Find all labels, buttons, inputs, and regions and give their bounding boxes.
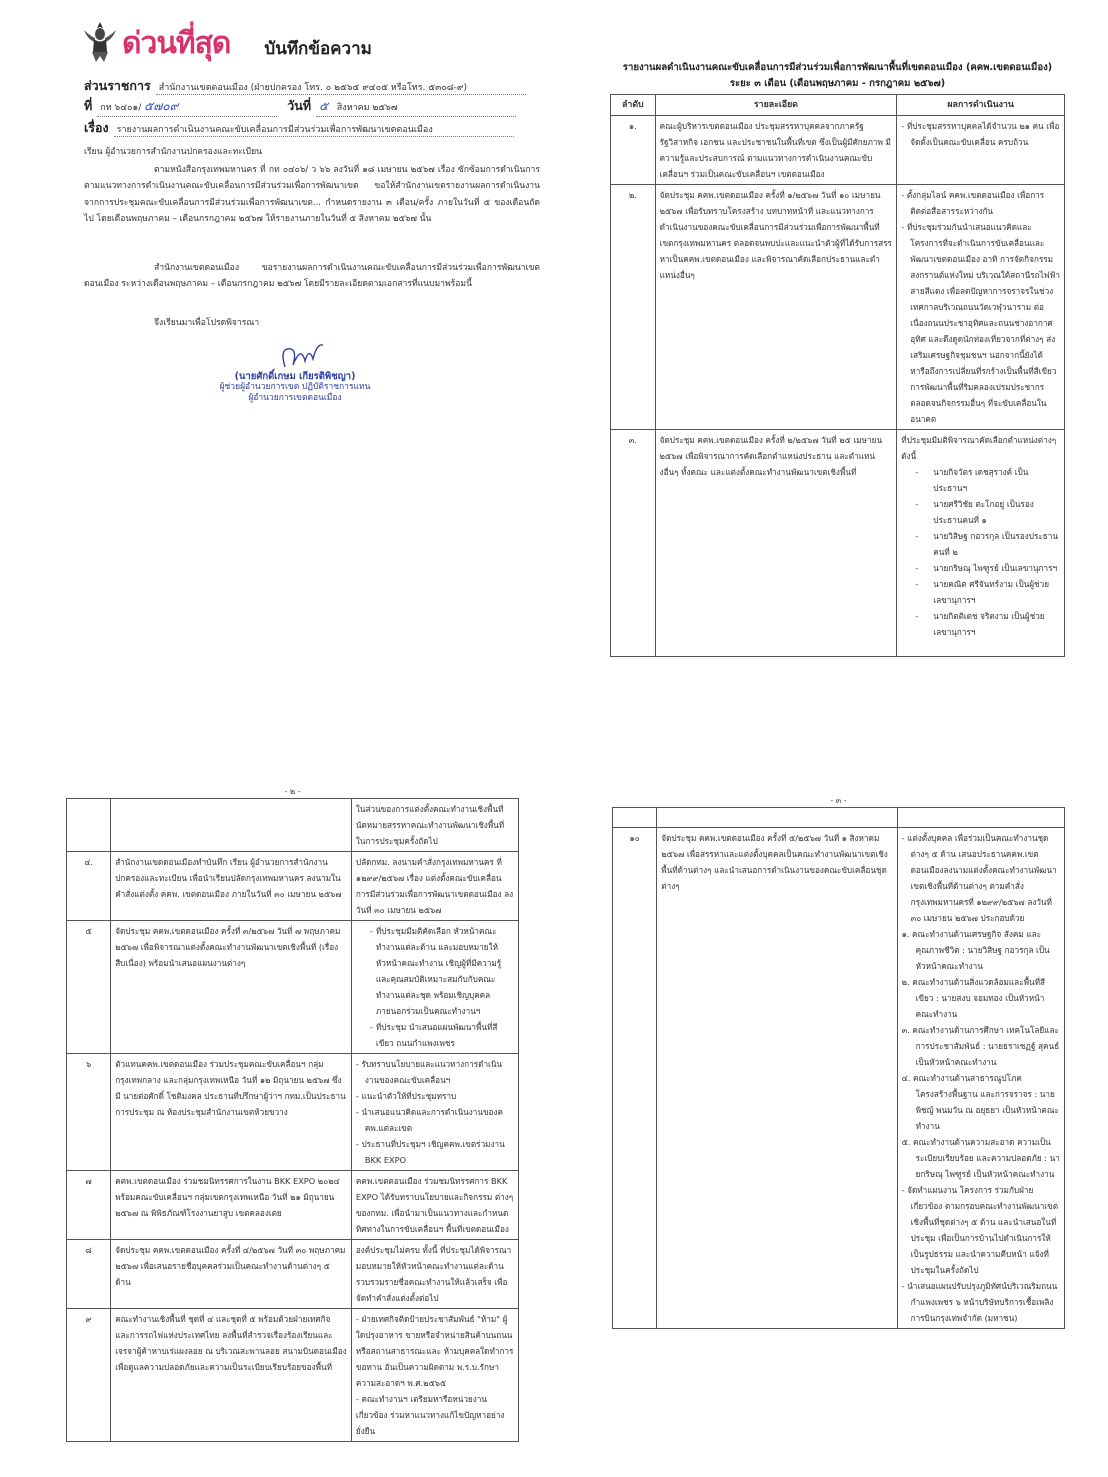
column-header-detail: รายละเอียด bbox=[655, 95, 897, 116]
report-page-3: - ๓ - ๑๐ จัดประชุม คคพ.เขตดอนเมือง ครั้ง… bbox=[612, 795, 1065, 1329]
row-result: ๑. คณะทำงานด้านเศรษฐกิจ สังคม และคุณภาพช… bbox=[902, 926, 1060, 974]
row-result: - จัดทำแผนงาน โครงการ ร่วมกับฝ่ายเกี่ยวข… bbox=[902, 1182, 1060, 1278]
row-detail: จัดประชุม คคพ.เขตดอนเมือง ครั้งที่ ๕/๒๕๖… bbox=[657, 828, 897, 1329]
report-table-page-3: ๑๐ จัดประชุม คคพ.เขตดอนเมือง ครั้งที่ ๕/… bbox=[612, 807, 1065, 1329]
row-result: นายวิสิษฐ กอวรกุล เป็นรองประธานคนที่ ๒ bbox=[901, 528, 1060, 560]
date-value: สิงหาคม ๒๕๖๗ bbox=[337, 103, 398, 113]
table-row: ๑๐ จัดประชุม คคพ.เขตดอนเมือง ครั้งที่ ๕/… bbox=[613, 828, 1065, 1329]
page-number: - ๓ - bbox=[612, 795, 1065, 807]
row-result-intro: ที่ประชุมมีมติพิจารณาคัดเลือกตำแหน่งต่าง… bbox=[901, 435, 1056, 461]
row-detail: ตัวแทนคคพ.เขตดอนเมือง ร่วมประชุมคณะขับเค… bbox=[111, 1054, 352, 1171]
table-row: ๑. คณะผู้บริหารเขตดอนเมือง ประชุมสรรหาบุ… bbox=[611, 116, 1065, 185]
column-header-result: ผลการดำเนินงาน bbox=[897, 95, 1065, 116]
row-result: - ประธานที่ประชุมฯ เชิญคคพ.เขตร่วมงาน BK… bbox=[356, 1136, 514, 1168]
row-result: ๕. คณะทำงานด้านความสะอาด ความเป็นระเบียบ… bbox=[902, 1134, 1060, 1182]
row-result: นายกิตติเดช จริตงาม เป็นผู้ช่วยเลขานุการ… bbox=[901, 608, 1060, 640]
column-header-no: ลำดับ bbox=[611, 95, 656, 116]
row-number: ๒. bbox=[611, 185, 656, 430]
row-result: - ที่ประชุมสรรหาบุคคลได้จำนวน ๒๑ คน เพื่… bbox=[901, 118, 1060, 150]
row-detail: คคพ.เขตดอนเมือง ร่วมชมนิทรรศการในงาน BKK… bbox=[111, 1171, 352, 1240]
date-day-handwritten: ๕ bbox=[319, 99, 328, 113]
signature-scribble-icon bbox=[277, 341, 327, 371]
table-row: ๕ จัดประชุม คคพ.เขตดอนเมือง ครั้งที่ ๓/๒… bbox=[67, 921, 519, 1054]
row-result: - นำเสนอแนวคิดและการดำเนินงานของคคพ.แต่ล… bbox=[356, 1104, 514, 1136]
report-page-1: รายงานผลดำเนินงานคณะขับเคลื่อนการมีส่วนร… bbox=[610, 60, 1065, 657]
agency-label: ส่วนราชการ bbox=[84, 76, 151, 96]
row-result-intro: - แต่งตั้งบุคคล เพื่อร่วมเป็นคณะทำงานชุด… bbox=[902, 830, 1060, 926]
row-result: ๔. คณะทำงานด้านสาธารณูปโภค โครงสร้างพื้น… bbox=[902, 1070, 1060, 1134]
row-detail: คณะทำงานเชิงพื้นที่ ชุดที่ ๔ และชุดที่ ๕… bbox=[111, 1309, 352, 1442]
signatory-name: (นายศักดิ์เกษม เกียรติพิชญา) bbox=[215, 371, 375, 382]
table-row: ในส่วนของการแต่งตั้งคณะทำงานเชิงพื้นที่ … bbox=[67, 799, 519, 852]
row-result: องค์ประชุมไม่ครบ ทั้งนี้ ที่ประชุมได้พิจ… bbox=[351, 1240, 518, 1309]
table-row-empty bbox=[613, 808, 1065, 828]
row-result: - ตั้งกลุ่มไลน์ คคพ.เขตดอนเมือง เพื่อการ… bbox=[901, 187, 1060, 219]
date-label: วันที่ bbox=[287, 96, 311, 116]
reference-label: ที่ bbox=[84, 96, 92, 116]
row-result: นายกริษณุ ไพฑูรย์ เป็นเลขานุการฯ bbox=[901, 560, 1060, 576]
table-header-row: ลำดับ รายละเอียด ผลการดำเนินงาน bbox=[611, 95, 1065, 116]
table-row: ๙ คณะทำงานเชิงพื้นที่ ชุดที่ ๔ และชุดที่… bbox=[67, 1309, 519, 1442]
table-row: ๒. จัดประชุม คคพ.เขตดอนเมือง ครั้งที่ ๑/… bbox=[611, 185, 1065, 430]
signature-block: (นายศักดิ์เกษม เกียรติพิชญา) ผู้ช่วยผู้อ… bbox=[215, 355, 375, 404]
subject-field: เรื่อง รายงานผลการดำเนินงานคณะขับเคลื่อน… bbox=[84, 118, 514, 138]
salutation: เรียน ผู้อำนวยการสำนักงานปกครองและทะเบีย… bbox=[84, 144, 540, 160]
row-result: นายศรีวิชัย ตะโกอยู่ เป็นรองประธานคนที่ … bbox=[901, 496, 1060, 528]
row-number: ๖ bbox=[67, 1054, 111, 1171]
memo-paragraph-1: ตามหนังสือกรุงเทพมหานคร ที่ กท ๐๔๐๖/ ว ๖… bbox=[84, 162, 540, 228]
page-number: - ๒ - bbox=[66, 786, 519, 798]
report-page-2: - ๒ - ในส่วนของการแต่งตั้งคณะทำงานเชิงพื… bbox=[66, 786, 519, 1442]
row-detail: จัดประชุม คคพ.เขตดอนเมือง ครั้งที่ ๓/๒๕๖… bbox=[111, 921, 352, 1054]
row-detail: จัดประชุม คคพ.เขตดอนเมือง ครั้งที่ ๒/๒๕๖… bbox=[655, 430, 897, 657]
row-result: - ที่ประชุมร่วมกันนำเสนอแนวคิดและโครงการ… bbox=[901, 219, 1060, 427]
row-number: ๔. bbox=[67, 852, 111, 921]
row-number: ๗ bbox=[67, 1171, 111, 1240]
signatory-position-1: ผู้ช่วยผู้อำนวยการเขต ปฏิบัติราชการแทน bbox=[215, 382, 375, 393]
memo-title: บันทึกข้อความ bbox=[264, 34, 371, 64]
row-result: - รับทราบนโยบายและแนวทางการดำเนินงานของค… bbox=[356, 1056, 514, 1088]
reference-handwritten: ๕๗๐๙ bbox=[144, 99, 178, 113]
agency-value: สำนักงานเขตดอนเมือง (ฝ่ายปกครอง โทร. ๐ ๒… bbox=[156, 80, 526, 95]
row-number: ๙ bbox=[67, 1309, 111, 1442]
report-table-page-2: ในส่วนของการแต่งตั้งคณะทำงานเชิงพื้นที่ … bbox=[66, 798, 519, 1442]
row-result: ที่ประชุม นำเสนอแผนพัฒนาพื้นที่สีเขียว ถ… bbox=[356, 1019, 514, 1051]
row-detail: สำนักงานเขตดอนเมืองทำบันทึก เรียน ผู้อำน… bbox=[111, 852, 352, 921]
row-number: ๓. bbox=[611, 430, 656, 657]
row-result: ปลัดกทม. ลงนามคำสั่งกรุงเทพมหานคร ที่ ๑๒… bbox=[351, 852, 518, 921]
row-detail: จัดประชุม คคพ.เขตดอนเมือง ครั้งที่ ๔/๒๕๖… bbox=[111, 1240, 352, 1309]
memo-closing: จึงเรียนมาเพื่อโปรดพิจารณา bbox=[84, 315, 540, 331]
row-result: คคพ.เขตดอนเมือง ร่วมชมนิทรรศการ BKK EXPO… bbox=[351, 1171, 518, 1240]
row-result: ที่ประชุมมีมติคัดเลือก หัวหน้าคณะทำงานแต… bbox=[356, 923, 514, 1019]
row-number: ๕ bbox=[67, 921, 111, 1054]
row-result: ๒. คณะทำงานด้านสิ่งแวดล้อมและพื้นที่สีเข… bbox=[902, 974, 1060, 1022]
reference-field: ที่ กท ๖๔๐๑/ ๕๗๐๙ วันที่ ๕ สิงหาคม ๒๕๖๗ bbox=[84, 96, 516, 117]
row-detail: จัดประชุม คคพ.เขตดอนเมือง ครั้งที่ ๑/๒๕๖… bbox=[655, 185, 897, 430]
row-result: นายคณิต ศรีจันทร์งาม เป็นผู้ช่วยเลขานุกา… bbox=[901, 576, 1060, 608]
report-title: รายงานผลดำเนินงานคณะขับเคลื่อนการมีส่วนร… bbox=[610, 60, 1065, 76]
row-number: ๘ bbox=[67, 1240, 111, 1309]
memo-header: ด่วนที่สุด บันทึกข้อความ bbox=[82, 20, 372, 64]
subject-value: รายงานผลการดำเนินงานคณะขับเคลื่อนการมีส่… bbox=[114, 122, 514, 137]
row-result: - ฝ่ายเทศกิจติดป้ายประชาสัมพันธ์ "ห้าม" … bbox=[356, 1311, 514, 1391]
table-row: ๔. สำนักงานเขตดอนเมืองทำบันทึก เรียน ผู้… bbox=[67, 852, 519, 921]
reference-value: กท ๖๔๐๑/ bbox=[100, 103, 141, 113]
row-detail: คณะผู้บริหารเขตดอนเมือง ประชุมสรรหาบุคคล… bbox=[655, 116, 897, 185]
table-row: ๓. จัดประชุม คคพ.เขตดอนเมือง ครั้งที่ ๒/… bbox=[611, 430, 1065, 657]
row-number: ๑๐ bbox=[613, 828, 657, 1329]
subject-label: เรื่อง bbox=[84, 118, 109, 138]
garuda-emblem-icon bbox=[82, 20, 118, 64]
report-table-page-1: ลำดับ รายละเอียด ผลการดำเนินงาน ๑. คณะผู… bbox=[610, 94, 1065, 657]
table-row: ๖ ตัวแทนคคพ.เขตดอนเมือง ร่วมประชุมคณะขับ… bbox=[67, 1054, 519, 1171]
urgency-stamp: ด่วนที่สุด bbox=[122, 24, 230, 64]
memo-paragraph-2: สำนักงานเขตดอนเมือง ขอรายงานผลการดำเนินง… bbox=[84, 260, 540, 293]
table-row: ๘ จัดประชุม คคพ.เขตดอนเมือง ครั้งที่ ๔/๒… bbox=[67, 1240, 519, 1309]
row-result: - คณะทำงานฯ เตรียมหารือหน่วยงานเกี่ยวข้อ… bbox=[356, 1391, 514, 1439]
row-result: นายกิจวัตร เดชสุรางค์ เป็นประธานฯ bbox=[901, 464, 1060, 496]
signatory-position-2: ผู้อำนวยการเขตดอนเมือง bbox=[215, 393, 375, 404]
row-result: - นำเสนอแผนปรับปรุงภูมิทัศน์บริเวณริมถนน… bbox=[902, 1278, 1060, 1326]
row-result: - แนะนำตัวให้ที่ประชุมทราบ bbox=[356, 1088, 514, 1104]
row-number: ๑. bbox=[611, 116, 656, 185]
report-subtitle: ระยะ ๓ เดือน (เดือนพฤษภาคม - กรกฎาคม ๒๕๖… bbox=[610, 76, 1065, 92]
row-result: ๓. คณะทำงานด้านการศึกษา เทคโนโลยีและการป… bbox=[902, 1022, 1060, 1070]
row-result-continued: ในส่วนของการแต่งตั้งคณะทำงานเชิงพื้นที่ … bbox=[356, 804, 504, 846]
agency-field: ส่วนราชการ สำนักงานเขตดอนเมือง (ฝ่ายปกคร… bbox=[84, 76, 526, 96]
memo-page: ด่วนที่สุด บันทึกข้อความ ส่วนราชการ สำนั… bbox=[60, 10, 550, 450]
table-row: ๗ คคพ.เขตดอนเมือง ร่วมชมนิทรรศการในงาน B… bbox=[67, 1171, 519, 1240]
